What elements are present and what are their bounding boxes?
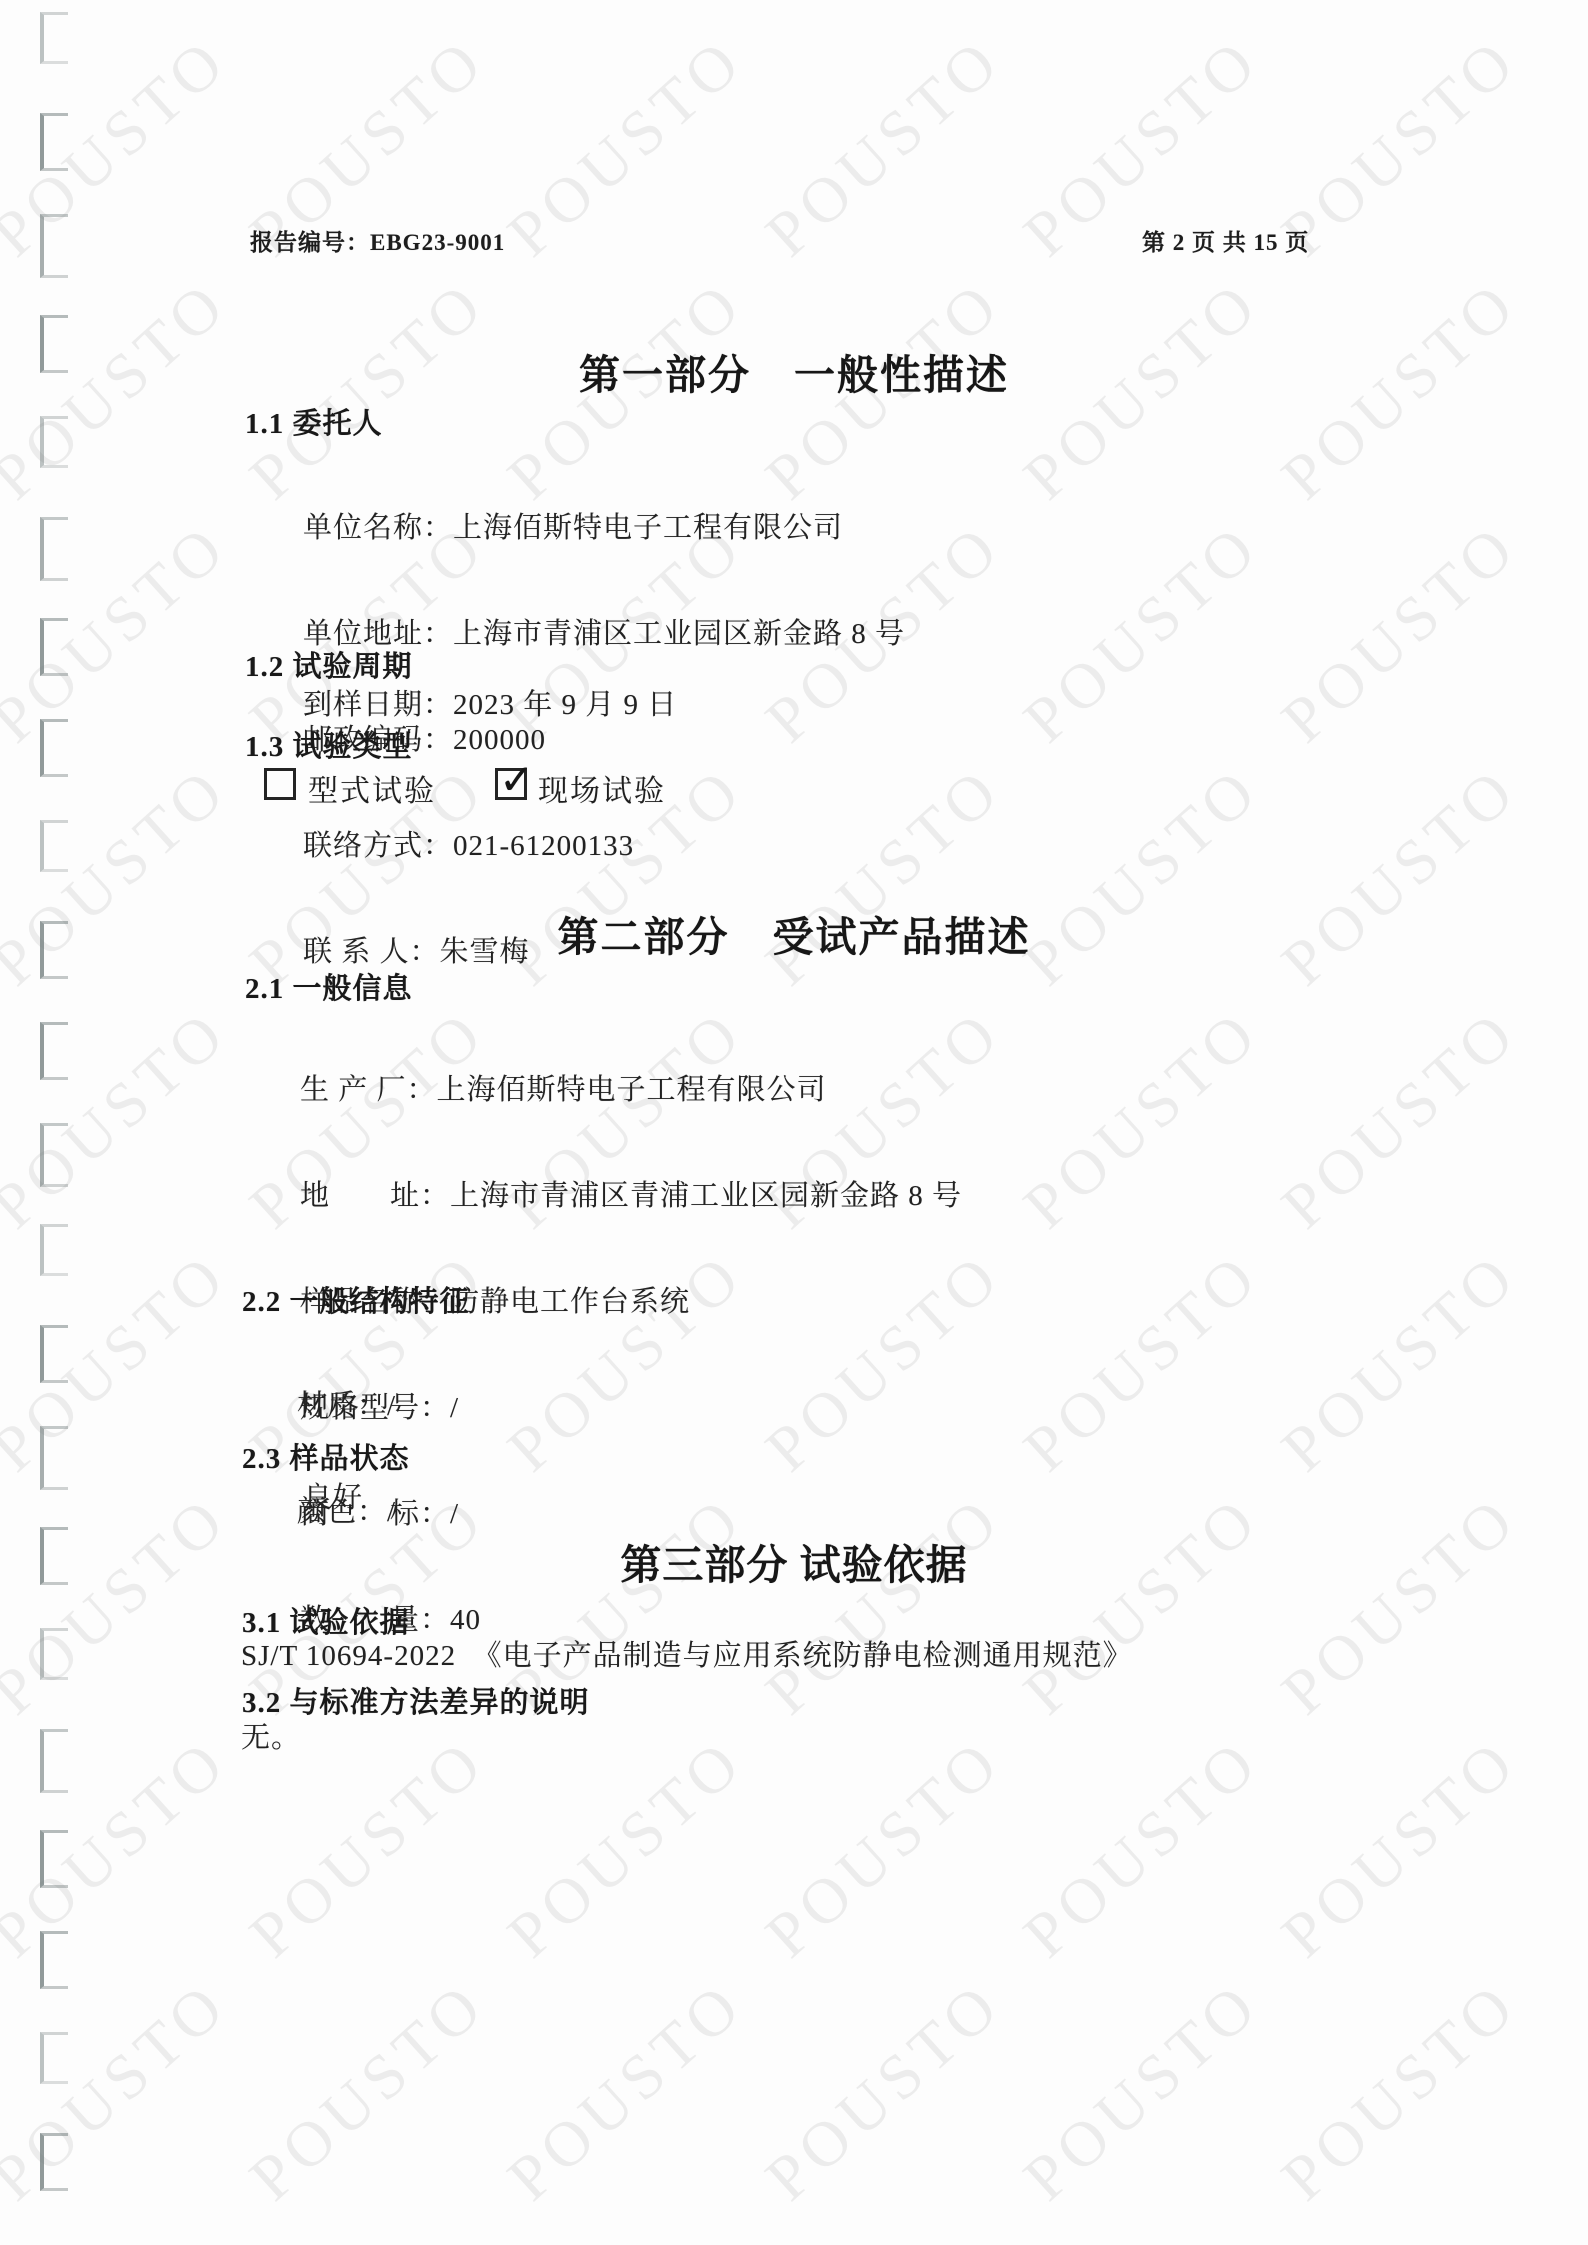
binding-hole — [40, 1830, 68, 1888]
test-standard: SJ/T 10694-2022 《电子产品制造与应用系统防静电检测通用规范》 — [241, 1636, 1133, 1676]
watermark-text: POUSTO — [0, 1724, 242, 1973]
test-type-row: 型式试验 ✓ 现场试验 — [0, 768, 1588, 808]
section-1-1-heading: 1.1 委托人 — [245, 401, 383, 442]
field-test-label: 现场试验 — [538, 766, 666, 810]
section-2-3-heading: 2.3 样品状态 — [242, 1436, 410, 1477]
sample-condition: 良好 — [303, 1478, 363, 1518]
watermark-text: POUSTO — [0, 23, 242, 272]
deviation-note: 无。 — [241, 1718, 301, 1758]
binding-hole — [40, 12, 68, 64]
watermark-text: POUSTO — [0, 995, 242, 1244]
binding-hole — [40, 214, 68, 278]
section-3-2-heading: 3.2 与标准方法差异的说明 — [242, 1680, 590, 1721]
binding-hole — [40, 1628, 68, 1680]
section-1-2-heading: 1.2 试验周期 — [245, 644, 413, 685]
watermark-text: POUSTO — [1267, 1967, 1532, 2216]
watermark-text: POUSTO — [0, 1238, 242, 1487]
watermark-text: POUSTO — [1267, 1724, 1532, 1973]
watermark-text: POUSTO — [751, 1967, 1016, 2216]
watermark-text: POUSTO — [1009, 1967, 1274, 2216]
watermark-text: POUSTO — [493, 1724, 758, 1973]
watermark-text: POUSTO — [0, 1967, 242, 2216]
sample-arrival-date: 到样日期：2023 年 9 月 9 日 — [303, 685, 677, 725]
watermark-text: POUSTO — [751, 1724, 1016, 1973]
trademark: 商 标：/ — [300, 1494, 962, 1534]
watermark-text: POUSTO — [1009, 509, 1274, 758]
part1-title: 第一部分 一般性描述 — [0, 342, 1588, 401]
watermark-text: POUSTO — [493, 1967, 758, 2216]
binding-hole — [40, 820, 68, 872]
part3-title: 第三部分 试验依据 — [0, 1532, 1588, 1591]
watermark-text: POUSTO — [1267, 509, 1532, 758]
material: 材质：/ — [297, 1386, 396, 1426]
binding-hole — [40, 1224, 68, 1276]
binding-hole — [40, 618, 68, 676]
binding-hole — [40, 1931, 68, 1989]
watermark-text: POUSTO — [1009, 1238, 1274, 1487]
watermark-text: POUSTO — [1267, 1481, 1532, 1730]
manufacturer-address: 地 址：上海市青浦区青浦工业区园新金路 8 号 — [300, 1176, 962, 1216]
binding-hole — [40, 416, 68, 468]
binding-hole — [40, 1022, 68, 1080]
section-2-1-heading: 2.1 一般信息 — [245, 966, 413, 1007]
report-page: POUSTOPOUSTOPOUSTOPOUSTOPOUSTOPOUSTOPOUS… — [0, 0, 1588, 2245]
client-company-name: 单位名称：上海佰斯特电子工程有限公司 — [303, 508, 905, 548]
type-test-label: 型式试验 — [308, 766, 436, 810]
binding-hole — [40, 1325, 68, 1383]
watermark-text: POUSTO — [235, 1724, 500, 1973]
section-3-1-heading: 3.1 试验依据 — [242, 1600, 410, 1641]
watermark-text: POUSTO — [1009, 1481, 1274, 1730]
watermark-text: POUSTO — [493, 23, 758, 272]
watermark-text: POUSTO — [0, 509, 242, 758]
checkmark-icon: ✓ — [499, 755, 534, 804]
checkbox-type-test-unchecked — [264, 768, 296, 800]
binding-hole — [40, 1729, 68, 1793]
watermark-text: POUSTO — [0, 1481, 242, 1730]
watermark-text: POUSTO — [1009, 995, 1274, 1244]
part2-title: 第二部分 受试产品描述 — [0, 904, 1588, 963]
manufacturer: 生 产 厂：上海佰斯特电子工程有限公司 — [300, 1070, 962, 1110]
watermark-text: POUSTO — [235, 1967, 500, 2216]
checkbox-field-test-checked: ✓ — [495, 768, 527, 800]
section-2-2-heading: 2.2 一般结构特征 — [242, 1279, 470, 1320]
model-spec: 规格型号：/ — [300, 1388, 962, 1428]
report-number: 报告编号：EBG23-9001 — [250, 224, 505, 257]
watermark-text: POUSTO — [751, 23, 1016, 272]
watermark-text: POUSTO — [1267, 995, 1532, 1244]
binding-hole — [40, 2133, 68, 2191]
binding-hole — [40, 1426, 68, 1490]
page-number: 第 2 页 共 15 页 — [1142, 224, 1309, 257]
client-phone: 联络方式：021-61200133 — [303, 826, 905, 866]
watermark-text: POUSTO — [1267, 1238, 1532, 1487]
binding-hole — [40, 113, 68, 171]
binding-hole — [40, 517, 68, 581]
section-1-3-heading: 1.3 试验类型 — [245, 724, 413, 765]
watermark-text: POUSTO — [1009, 1724, 1274, 1973]
binding-hole — [40, 2032, 68, 2084]
binding-hole — [40, 1123, 68, 1187]
